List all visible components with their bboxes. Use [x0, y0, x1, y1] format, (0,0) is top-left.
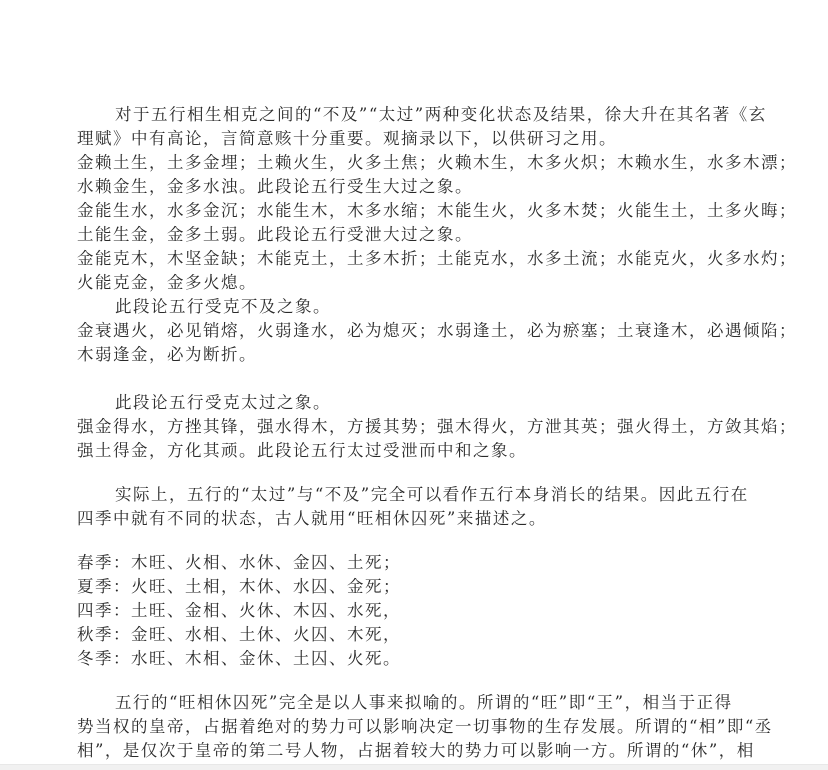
document-page: 对于五行相生相克之间的“不及”“太过”两种变化状态及结果，徐大升在其名著《玄 理…: [0, 0, 828, 765]
paragraph-line: 此段论五行受克不及之象。: [77, 295, 717, 319]
paragraph-line: 木弱逢金，必为断折。: [77, 343, 717, 367]
paragraph-line: 水赖金生，金多水浊。此段论五行受生大过之象。: [77, 175, 717, 199]
paragraph-line: 五行的“旺相休囚死”完全是以人事来拟喻的。所谓的“旺”即“王”，相当于正得: [77, 691, 717, 715]
season-line-spring: 春季：木旺、火相、水休、金囚、土死；: [77, 551, 717, 575]
blank-line: [77, 463, 717, 483]
blank-line: [77, 671, 717, 691]
season-line-winter: 冬季：水旺、木相、金休、土囚、火死。: [77, 647, 717, 671]
blank-line: [77, 531, 717, 551]
paragraph-line: 此段论五行受克太过之象。: [77, 391, 717, 415]
season-line-four-seasons: 四季：土旺、金相、火休、木囚、水死，: [77, 599, 717, 623]
season-line-autumn: 秋季：金旺、水相、土休、火囚、木死，: [77, 623, 717, 647]
paragraph-line: 土能生金，金多土弱。此段论五行受泄大过之象。: [77, 223, 717, 247]
paragraph-line: 金赖土生，土多金埋；土赖火生，火多土焦；火赖木生，木多火炽；木赖水生，水多木漂；: [77, 151, 717, 175]
paragraph-line: 金衰遇火，必见销熔，火弱逢水，必为熄灭；水弱逢土，必为瘀塞；土衰逢木，必遇倾陷；: [77, 319, 717, 343]
blank-line: [77, 367, 717, 391]
season-line-summer: 夏季：火旺、土相，木休、水囚、金死；: [77, 575, 717, 599]
paragraph-line: 火能克金，金多火熄。: [77, 271, 717, 295]
paragraph-line: 对于五行相生相克之间的“不及”“太过”两种变化状态及结果，徐大升在其名著《玄: [77, 103, 717, 127]
paragraph-line: 金能生水，水多金沉；水能生木，木多水缩；木能生火，火多木焚；火能生土，土多火晦；: [77, 199, 717, 223]
paragraph-line: 实际上，五行的“太过”与“不及”完全可以看作五行本身消长的结果。因此五行在: [77, 483, 717, 507]
paragraph-line: 强土得金，方化其顽。此段论五行太过受泄而中和之象。: [77, 439, 717, 463]
paragraph-line: 金能克木，木坚金缺；木能克土，土多木折；土能克水，水多土流；水能克火，火多水灼；: [77, 247, 717, 271]
paragraph-line: 势当权的皇帝，占据着绝对的势力可以影响决定一切事物的生存发展。所谓的“相”即“丞: [77, 715, 717, 739]
page-bottom-edge: [0, 764, 828, 770]
paragraph-line: 强金得水，方挫其锋，强水得木，方援其势；强木得火，方泄其英；强火得土，方敛其焰；: [77, 415, 717, 439]
paragraph-line: 四季中就有不同的状态，古人就用“旺相休囚死”来描述之。: [77, 507, 717, 531]
paragraph-line: 理赋》中有高论，言简意赅十分重要。观摘录以下，以供研习之用。: [77, 127, 717, 151]
document-body: 对于五行相生相克之间的“不及”“太过”两种变化状态及结果，徐大升在其名著《玄 理…: [77, 103, 717, 763]
paragraph-line: 相”，是仅次于皇帝的第二号人物，占据着较大的势力可以影响一方。所谓的“休”，相: [77, 739, 717, 763]
